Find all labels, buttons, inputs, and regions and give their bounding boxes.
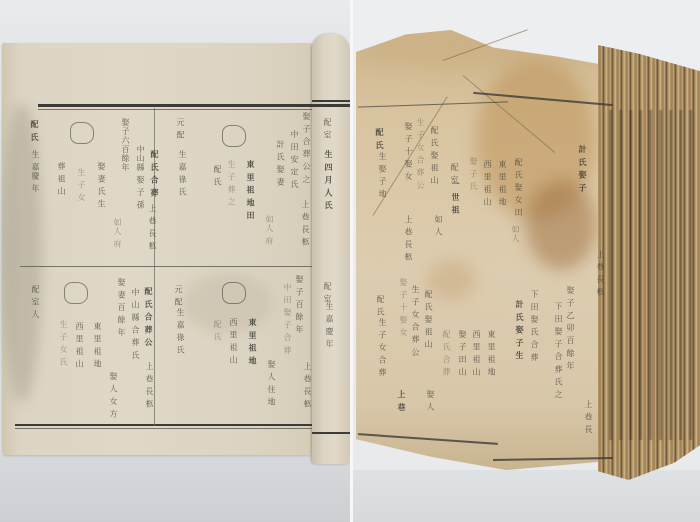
genealogy-entry-column: 配 氏 合 葬	[150, 150, 160, 197]
genealogy-entry-column: 配 氏 娶 祖 山	[423, 290, 433, 349]
spine-rule-bottom	[312, 432, 350, 434]
left-photo: 配 氏生 嘉慶 年葬 祖 山生 子 女娶 妻 氏 生娶子六百餘年中山縣 娶 子 …	[0, 0, 350, 522]
genealogy-entry-column: 生 子 女 合 葬 公	[415, 118, 425, 190]
genealogy-entry-column: 配 室	[322, 118, 332, 140]
genealogy-entry-column: 配 氏	[375, 128, 385, 150]
genealogy-entry-column: 葬 祖 山	[56, 162, 66, 196]
genealogy-entry-column: 娶 子 合 葬 公 之	[301, 112, 311, 184]
genealogy-entry-column: 配 氏 娶 祖 山	[429, 126, 439, 185]
genealogy-entry-column: 生 子 女 氏	[58, 320, 68, 367]
genealogy-entry-column: 西 里 祖 山	[471, 330, 481, 377]
genealogy-entry-column: 配 室	[322, 282, 332, 304]
water-stain	[356, 30, 606, 70]
genealogy-entry-column: 生 子 葬 之	[226, 160, 236, 207]
genealogy-entry-column: 娶 妻 百 餘 年	[116, 278, 126, 337]
genealogy-entry-column: 上 巷 長	[583, 400, 593, 434]
right-photo: 配 氏生 娶 子 地娶 子 十 娶 女生 子 女 合 葬 公配 氏 娶 祖 山上…	[353, 0, 700, 522]
genealogy-entry-column: 上 巷 長 柩	[147, 204, 157, 251]
genealogy-entry-column: 上 巷	[397, 390, 407, 412]
genealogy-entry-column: 娶 子 十 娶 女	[403, 122, 413, 181]
portrait-sketch-icon	[70, 122, 94, 144]
genealogy-entry-column: 中 田 娶 子 合 葬	[282, 283, 292, 355]
table-surface	[0, 455, 350, 522]
genealogy-entry-column: 一 世 祖	[451, 180, 461, 215]
genealogy-entry-column: 配 室 人	[30, 285, 40, 319]
genealogy-entry-column: 上 巷 長 柩	[595, 250, 605, 297]
genealogy-entry-column: 中山縣 娶 子 孫	[135, 145, 145, 210]
genealogy-entry-column: 生 嘉 祿 氏	[177, 150, 187, 197]
bottom-rule-inner	[15, 428, 312, 429]
top-rule-inner	[38, 109, 312, 110]
genealogy-entry-column: 娶 人	[425, 390, 435, 412]
genealogy-entry-column: 生 子 女	[76, 168, 86, 202]
genealogy-entry-column: 如人 府	[112, 218, 122, 249]
table-surface	[353, 470, 700, 522]
genealogy-entry-column: 生 四 月 人 氏	[324, 150, 334, 210]
genealogy-entry-column: 如人 府	[264, 215, 274, 246]
genealogy-entry-column: 上 巷 長 柩	[300, 200, 310, 247]
genealogy-entry-column: 娶 子 乙 卯 百 餘 年	[565, 286, 575, 370]
genealogy-entry-column: 中 山 縣 合 葬 氏	[130, 288, 140, 360]
genealogy-entry-column: 配 氏 合 葬	[441, 330, 451, 377]
genealogy-entry-column: 計 氏 娶 妻	[275, 140, 285, 187]
genealogy-entry-column: 東 里 祖 地	[497, 160, 507, 207]
portrait-sketch-icon	[222, 125, 246, 147]
top-rule	[38, 104, 350, 107]
genealogy-entry-column: 娶 子 田 山	[457, 330, 467, 377]
worn-genealogy-page	[356, 30, 606, 470]
genealogy-entry-column: 如人	[510, 225, 520, 243]
book-spine	[312, 34, 350, 464]
middle-rule	[20, 266, 312, 267]
genealogy-entry-column: 娶 妻 氏 生	[96, 162, 106, 209]
bottom-rule	[15, 424, 312, 426]
page-stack-ink	[603, 110, 698, 440]
water-stain	[526, 180, 596, 270]
genealogy-entry-column: 上 巷 長 柩	[302, 362, 312, 409]
genealogy-entry-column: 生 嘉 祿 氏	[175, 308, 185, 355]
genealogy-entry-column: 中 田 安 定 氏	[289, 130, 299, 189]
spine-rule-top	[312, 100, 350, 102]
genealogy-entry-column: 下 田 娶 氏 合 葬	[529, 290, 539, 362]
genealogy-entry-column: 配 氏 娶 女 田	[513, 158, 523, 217]
genealogy-entry-column: 計 氏 娶 子 生	[515, 300, 525, 360]
genealogy-entry-column: 生 嘉慶 年	[30, 150, 40, 193]
genealogy-entry-column: 生 嘉 慶 年	[324, 302, 334, 349]
genealogy-entry-column: 東 里 祖 地 田	[246, 160, 256, 220]
genealogy-entry-column: 配 氏	[212, 165, 222, 187]
genealogy-entry-column: 娶 子 百 餘 年	[294, 275, 304, 334]
portrait-sketch-icon	[222, 282, 246, 304]
genealogy-entry-column: 西 里 祖 山	[482, 160, 492, 207]
genealogy-entry-column: 娶 子 十 娶 女	[398, 278, 408, 337]
portrait-sketch-icon	[64, 282, 88, 304]
genealogy-entry-column: 東 里 祖 地	[486, 330, 496, 377]
genealogy-entry-column: 東 里 祖 地	[92, 322, 102, 369]
genealogy-entry-column: 元 配	[173, 285, 183, 307]
water-stain	[426, 260, 476, 300]
genealogy-entry-column: 計 氏 娶 子	[578, 145, 588, 192]
genealogy-entry-column: 娶 人 女 方	[108, 372, 118, 419]
genealogy-entry-column: 上 巷 長 柩	[403, 215, 413, 262]
genealogy-entry-column: 娶 子 氏	[468, 157, 478, 191]
genealogy-entry-column: 配 氏	[375, 295, 385, 317]
genealogy-entry-column: 配 氏	[212, 320, 222, 342]
genealogy-entry-column: 西 里 祖 山	[74, 322, 84, 369]
genealogy-entry-column: 生 子 女 合 葬	[377, 318, 387, 377]
stain	[2, 103, 42, 403]
genealogy-entry-column: 元 配	[175, 118, 185, 140]
genealogy-entry-column: 配 氏	[30, 120, 40, 142]
genealogy-entry-column: 生 子 女 合 葬 公	[410, 285, 420, 357]
genealogy-entry-column: 東 里 祖 地	[248, 318, 258, 365]
genealogy-entry-column: 配 氏 合 葬 公	[144, 287, 154, 347]
genealogy-entry-column: 西 里 祖 山	[228, 318, 238, 365]
genealogy-entry-column: 娶 人 住 地	[266, 360, 276, 407]
genealogy-entry-column: 娶子六百餘年	[120, 118, 130, 172]
genealogy-entry-column: 上 巷 長 柩	[144, 362, 154, 409]
genealogy-entry-column: 如 人	[433, 215, 443, 237]
genealogy-entry-column: 下 田 娶 子 合 葬 氏 之	[553, 302, 563, 399]
genealogy-entry-column: 生 娶 子 地	[377, 152, 387, 199]
